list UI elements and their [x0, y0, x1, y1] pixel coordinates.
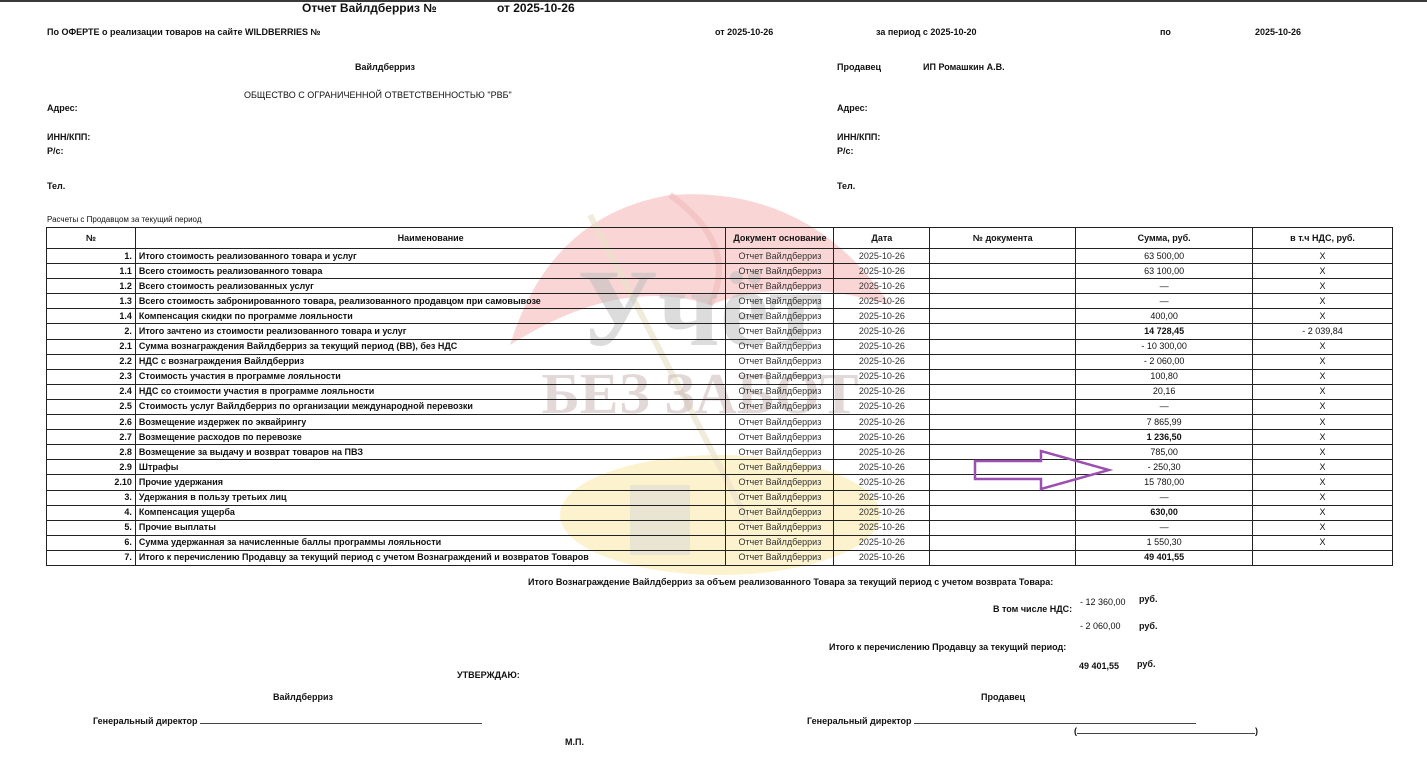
- row-date: 2025-10-26: [834, 324, 930, 339]
- row-docno: [930, 430, 1076, 445]
- row-no: 2.5: [47, 399, 136, 414]
- row-doc: Отчет Вайлдберриз: [726, 324, 834, 339]
- table-row: 4.Компенсация ущербаОтчет Вайлдберриз202…: [47, 505, 1393, 520]
- report-date: от 2025-10-26: [497, 1, 575, 15]
- row-sum: 7 865,99: [1076, 415, 1253, 430]
- row-doc: Отчет Вайлдберриз: [726, 399, 834, 414]
- row-no: 6.: [47, 535, 136, 550]
- row-docno: [930, 415, 1076, 430]
- vat-currency: руб.: [1139, 621, 1157, 631]
- row-vat: X: [1253, 369, 1393, 384]
- row-vat: X: [1253, 309, 1393, 324]
- table-row: 2.4НДС со стоимости участия в программе …: [47, 384, 1393, 399]
- top-border: [0, 0, 1427, 2]
- row-name: Сумма удержанная за начисленные баллы пр…: [135, 535, 726, 550]
- table-row: 1.4Компенсация скидки по программе лояль…: [47, 309, 1393, 324]
- row-date: 2025-10-26: [834, 475, 930, 490]
- row-no: 2.8: [47, 445, 136, 460]
- row-doc: Отчет Вайлдберриз: [726, 309, 834, 324]
- left-phone-label: Тел.: [47, 181, 65, 191]
- left-sign-org: Вайлдберриз: [273, 692, 333, 702]
- row-name: Стоимость участия в программе лояльности: [135, 369, 726, 384]
- row-vat: [1253, 550, 1393, 565]
- row-name: Стоимость услуг Вайлдберриз по организац…: [135, 399, 726, 414]
- row-doc: Отчет Вайлдберриз: [726, 475, 834, 490]
- row-vat: X: [1253, 294, 1393, 309]
- row-date: 2025-10-26: [834, 399, 930, 414]
- row-doc: Отчет Вайлдберриз: [726, 520, 834, 535]
- col-header-no: №: [47, 228, 136, 249]
- row-sum: —: [1076, 490, 1253, 505]
- row-vat: X: [1253, 354, 1393, 369]
- table-row: 6.Сумма удержанная за начисленные баллы …: [47, 535, 1393, 550]
- table-row: 2.7Возмещение расходов по перевозкеОтчет…: [47, 430, 1393, 445]
- right-sign-org: Продавец: [981, 692, 1025, 702]
- row-name: Прочие выплаты: [135, 520, 726, 535]
- row-vat: X: [1253, 415, 1393, 430]
- table-row: 5.Прочие выплатыОтчет Вайлдберриз2025-10…: [47, 520, 1393, 535]
- row-no: 1.4: [47, 309, 136, 324]
- row-vat: X: [1253, 520, 1393, 535]
- table-row: 2.2НДС с вознаграждения ВайлдберризОтчет…: [47, 354, 1393, 369]
- reward-currency: руб.: [1139, 594, 1157, 604]
- row-doc: Отчет Вайлдберриз: [726, 294, 834, 309]
- row-date: 2025-10-26: [834, 339, 930, 354]
- row-doc: Отчет Вайлдберриз: [726, 550, 834, 565]
- row-name: Компенсация ущерба: [135, 505, 726, 520]
- row-doc: Отчет Вайлдберриз: [726, 354, 834, 369]
- col-header-sum: Сумма, руб.: [1076, 228, 1253, 249]
- row-doc: Отчет Вайлдберриз: [726, 264, 834, 279]
- row-doc: Отчет Вайлдберриз: [726, 339, 834, 354]
- row-docno: [930, 490, 1076, 505]
- row-no: 2.2: [47, 354, 136, 369]
- table-caption: Расчеты с Продавцом за текущий период: [47, 215, 201, 224]
- row-sum: 1 236,50: [1076, 430, 1253, 445]
- vat-value: - 2 060,00: [1080, 621, 1121, 631]
- row-no: 7.: [47, 550, 136, 565]
- table-row: 2.3Стоимость участия в программе лояльно…: [47, 369, 1393, 384]
- row-name: Итого к перечислению Продавцу за текущий…: [135, 550, 726, 565]
- row-docno: [930, 339, 1076, 354]
- row-date: 2025-10-26: [834, 505, 930, 520]
- row-date: 2025-10-26: [834, 249, 930, 264]
- row-name: Возмещение расходов по перевозке: [135, 430, 726, 445]
- row-no: 1.1: [47, 264, 136, 279]
- row-date: 2025-10-26: [834, 294, 930, 309]
- right-inn-label: ИНН/КПП:: [837, 132, 880, 142]
- row-doc: Отчет Вайлдберриз: [726, 279, 834, 294]
- row-date: 2025-10-26: [834, 369, 930, 384]
- table-row: 2.8Возмещение за выдачу и возврат товаро…: [47, 445, 1393, 460]
- row-date: 2025-10-26: [834, 279, 930, 294]
- row-docno: [930, 309, 1076, 324]
- row-sum: 63 500,00: [1076, 249, 1253, 264]
- paren-close: ): [1255, 726, 1258, 736]
- table-row: 2.Итого зачтено из стоимости реализованн…: [47, 324, 1393, 339]
- stamp-label: М.П.: [565, 737, 584, 747]
- row-no: 1.3: [47, 294, 136, 309]
- row-no: 2.10: [47, 475, 136, 490]
- left-inn-label: ИНН/КПП:: [47, 132, 90, 142]
- col-header-docno: № документа: [930, 228, 1076, 249]
- payout-currency: руб.: [1137, 659, 1155, 669]
- table-row: 2.10Прочие удержанияОтчет Вайлдберриз202…: [47, 475, 1393, 490]
- row-sum: 15 780,00: [1076, 475, 1253, 490]
- row-docno: [930, 264, 1076, 279]
- row-sum: 785,00: [1076, 445, 1253, 460]
- row-vat: X: [1253, 460, 1393, 475]
- row-name: Всего стоимость реализованного товара: [135, 264, 726, 279]
- row-name: Удержания в пользу третьих лиц: [135, 490, 726, 505]
- row-no: 2.9: [47, 460, 136, 475]
- row-vat: X: [1253, 279, 1393, 294]
- row-vat: X: [1253, 505, 1393, 520]
- table-row: 2.9ШтрафыОтчет Вайлдберриз2025-10-26- 25…: [47, 460, 1393, 475]
- row-date: 2025-10-26: [834, 354, 930, 369]
- row-sum: 100,80: [1076, 369, 1253, 384]
- row-no: 1.: [47, 249, 136, 264]
- name-transcript-line: [1077, 724, 1255, 734]
- table-row: 1.1Всего стоимость реализованного товара…: [47, 264, 1393, 279]
- row-sum: —: [1076, 279, 1253, 294]
- row-no: 3.: [47, 490, 136, 505]
- col-header-date: Дата: [834, 228, 930, 249]
- row-no: 2.: [47, 324, 136, 339]
- row-sum: - 10 300,00: [1076, 339, 1253, 354]
- row-doc: Отчет Вайлдберриз: [726, 535, 834, 550]
- col-header-name: Наименование: [135, 228, 726, 249]
- table-row: 7.Итого к перечислению Продавцу за текущ…: [47, 550, 1393, 565]
- row-vat: X: [1253, 475, 1393, 490]
- row-doc: Отчет Вайлдберриз: [726, 249, 834, 264]
- row-no: 2.3: [47, 369, 136, 384]
- row-name: Итого стоимость реализованного товара и …: [135, 249, 726, 264]
- left-party-full-name: ОБЩЕСТВО С ОГРАНИЧЕННОЙ ОТВЕТСТВЕННОСТЬЮ…: [244, 90, 512, 100]
- payout-label: Итого к перечислению Продавцу за текущий…: [829, 642, 1066, 652]
- row-docno: [930, 324, 1076, 339]
- right-signature-line: [914, 714, 1196, 724]
- row-doc: Отчет Вайлдберриз: [726, 369, 834, 384]
- report-title: Отчет Вайлдберриз №: [302, 1, 437, 15]
- table-row: 3.Удержания в пользу третьих лицОтчет Ва…: [47, 490, 1393, 505]
- row-docno: [930, 399, 1076, 414]
- row-doc: Отчет Вайлдберриз: [726, 384, 834, 399]
- right-address-label: Адрес:: [837, 103, 868, 113]
- row-sum: - 250,30: [1076, 460, 1253, 475]
- name-transcript: (): [1074, 724, 1258, 736]
- row-name: Сумма вознаграждения Вайлдберриз за теку…: [135, 339, 726, 354]
- row-date: 2025-10-26: [834, 535, 930, 550]
- row-name: Всего стоимость реализованных услуг: [135, 279, 726, 294]
- row-docno: [930, 354, 1076, 369]
- table-row: 1.Итого стоимость реализованного товара …: [47, 249, 1393, 264]
- row-sum: 630,00: [1076, 505, 1253, 520]
- row-no: 1.2: [47, 279, 136, 294]
- table-row: 2.5Стоимость услуг Вайлдберриз по органи…: [47, 399, 1393, 414]
- table-row: 2.1Сумма вознаграждения Вайлдберриз за т…: [47, 339, 1393, 354]
- row-no: 2.7: [47, 430, 136, 445]
- table-row: 1.3Всего стоимость забронированного това…: [47, 294, 1393, 309]
- row-date: 2025-10-26: [834, 490, 930, 505]
- reward-label: Итого Вознаграждение Вайлдберриз за объе…: [528, 577, 1053, 587]
- row-vat: X: [1253, 249, 1393, 264]
- row-vat: X: [1253, 339, 1393, 354]
- row-date: 2025-10-26: [834, 430, 930, 445]
- col-header-vat: в т.ч НДС, руб.: [1253, 228, 1393, 249]
- left-signature-line: [200, 714, 482, 724]
- row-vat: X: [1253, 264, 1393, 279]
- row-sum: 49 401,55: [1076, 550, 1253, 565]
- row-doc: Отчет Вайлдберриз: [726, 505, 834, 520]
- row-sum: 400,00: [1076, 309, 1253, 324]
- col-header-doc: Документ основание: [726, 228, 834, 249]
- row-vat: X: [1253, 445, 1393, 460]
- vat-label: В том числе НДС:: [993, 604, 1072, 614]
- seller-label: Продавец: [837, 62, 881, 72]
- row-vat: X: [1253, 430, 1393, 445]
- row-date: 2025-10-26: [834, 309, 930, 324]
- table-header-row: № Наименование Документ основание Дата №…: [47, 228, 1393, 249]
- row-name: Возмещение за выдачу и возврат товаров н…: [135, 445, 726, 460]
- table-row: 2.6Возмещение издержек по эквайрингуОтче…: [47, 415, 1393, 430]
- row-sum: —: [1076, 399, 1253, 414]
- period-to: 2025-10-26: [1255, 27, 1301, 37]
- row-date: 2025-10-26: [834, 415, 930, 430]
- period-to-label: по: [1160, 27, 1171, 37]
- row-sum: 20,16: [1076, 384, 1253, 399]
- row-sum: 1 550,30: [1076, 535, 1253, 550]
- row-doc: Отчет Вайлдберриз: [726, 415, 834, 430]
- row-sum: 14 728,45: [1076, 324, 1253, 339]
- row-name: Компенсация скидки по программе лояльнос…: [135, 309, 726, 324]
- row-no: 2.4: [47, 384, 136, 399]
- seller-name: ИП Ромашкин А.В.: [923, 62, 1005, 72]
- row-docno: [930, 369, 1076, 384]
- left-director-signature: Генеральный директор: [93, 714, 482, 726]
- row-docno: [930, 550, 1076, 565]
- row-sum: —: [1076, 520, 1253, 535]
- row-doc: Отчет Вайлдберриз: [726, 430, 834, 445]
- table-row: 1.2Всего стоимость реализованных услугОт…: [47, 279, 1393, 294]
- row-date: 2025-10-26: [834, 550, 930, 565]
- row-sum: —: [1076, 294, 1253, 309]
- row-docno: [930, 294, 1076, 309]
- row-name: Возмещение издержек по эквайрингу: [135, 415, 726, 430]
- row-name: НДС со стоимости участия в программе лоя…: [135, 384, 726, 399]
- reward-value: - 12 360,00: [1080, 597, 1126, 607]
- row-sum: 63 100,00: [1076, 264, 1253, 279]
- row-docno: [930, 279, 1076, 294]
- row-no: 5.: [47, 520, 136, 535]
- row-docno: [930, 535, 1076, 550]
- right-account-label: Р/с:: [837, 146, 854, 156]
- row-docno: [930, 384, 1076, 399]
- row-vat: - 2 039,84: [1253, 324, 1393, 339]
- row-docno: [930, 505, 1076, 520]
- settlements-table: № Наименование Документ основание Дата №…: [46, 227, 1393, 566]
- row-doc: Отчет Вайлдберриз: [726, 490, 834, 505]
- payout-value: 49 401,55: [1079, 661, 1119, 671]
- row-docno: [930, 249, 1076, 264]
- row-no: 2.6: [47, 415, 136, 430]
- row-date: 2025-10-26: [834, 445, 930, 460]
- row-doc: Отчет Вайлдберриз: [726, 445, 834, 460]
- row-no: 2.1: [47, 339, 136, 354]
- left-director-label: Генеральный директор: [93, 716, 198, 726]
- row-name: НДС с вознаграждения Вайлдберриз: [135, 354, 726, 369]
- row-vat: X: [1253, 535, 1393, 550]
- offer-date: от 2025-10-26: [715, 27, 773, 37]
- row-name: Всего стоимость забронированного товара,…: [135, 294, 726, 309]
- row-date: 2025-10-26: [834, 520, 930, 535]
- row-no: 4.: [47, 505, 136, 520]
- left-party-name: Вайлдберриз: [355, 62, 415, 72]
- row-date: 2025-10-26: [834, 264, 930, 279]
- row-doc: Отчет Вайлдберриз: [726, 460, 834, 475]
- row-docno: [930, 475, 1076, 490]
- right-phone-label: Тел.: [837, 181, 855, 191]
- row-docno: [930, 445, 1076, 460]
- offer-label: По ОФЕРТЕ о реализации товаров на сайте …: [47, 27, 321, 37]
- period-from: за период с 2025-10-20: [876, 27, 976, 37]
- row-sum: - 2 060,00: [1076, 354, 1253, 369]
- right-director-label: Генеральный директор: [807, 716, 912, 726]
- row-name: Итого зачтено из стоимости реализованног…: [135, 324, 726, 339]
- left-account-label: Р/с:: [47, 146, 64, 156]
- approve-label: УТВЕРЖДАЮ:: [457, 670, 520, 680]
- row-vat: X: [1253, 384, 1393, 399]
- row-vat: X: [1253, 399, 1393, 414]
- row-docno: [930, 520, 1076, 535]
- left-address-label: Адрес:: [47, 103, 78, 113]
- row-name: Штрафы: [135, 460, 726, 475]
- row-vat: X: [1253, 490, 1393, 505]
- row-date: 2025-10-26: [834, 384, 930, 399]
- row-docno: [930, 460, 1076, 475]
- row-name: Прочие удержания: [135, 475, 726, 490]
- row-date: 2025-10-26: [834, 460, 930, 475]
